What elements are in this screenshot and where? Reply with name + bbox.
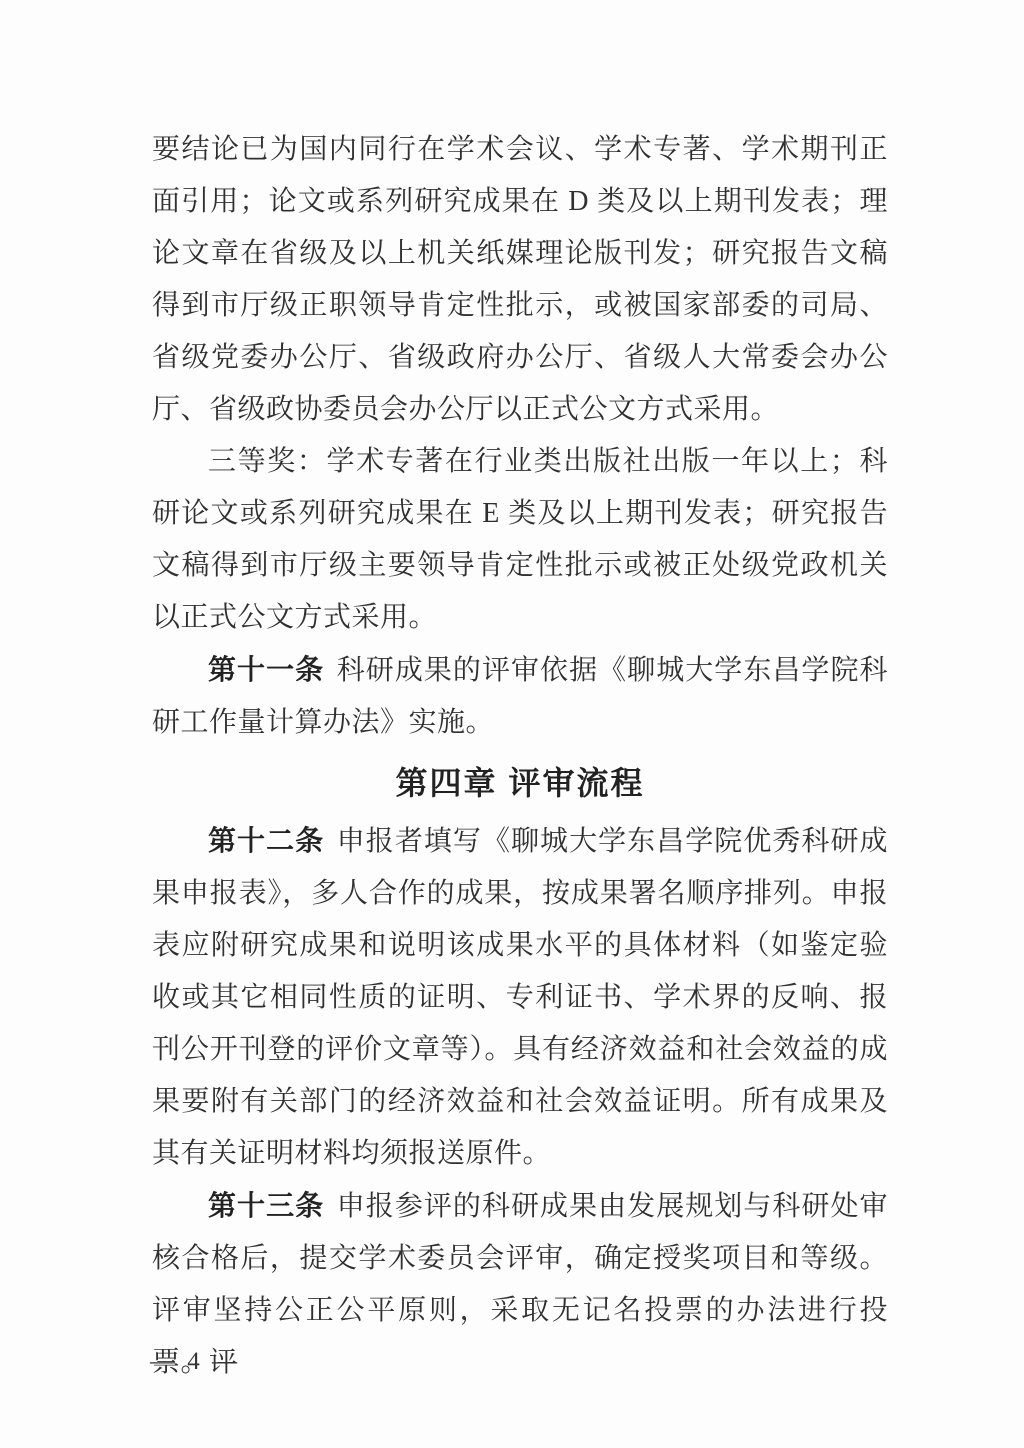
article-12-number-label: 第十二条 xyxy=(208,825,324,856)
document-page: 要结论已为国内同行在学术会议、学术专著、学术期刊正面引用；论文或系列研究成果在 … xyxy=(0,0,1024,1448)
chapter-heading: 第四章 评审流程 xyxy=(152,757,888,809)
paragraph-article-11: 第十一条科研成果的评审依据《聊城大学东昌学院科研工作量计算办法》实施。 xyxy=(152,644,888,749)
paragraph-article-13: 第十三条申报参评的科研成果由发展规划与科研处审核合格后，提交学术委员会评审，确定… xyxy=(152,1180,888,1389)
document-body: 要结论已为国内同行在学术会议、学术专著、学术期刊正面引用；论文或系列研究成果在 … xyxy=(152,124,888,1389)
paragraph-article-12: 第十二条申报者填写《聊城大学东昌学院优秀科研成果申报表》，多人合作的成果，按成果… xyxy=(152,815,888,1180)
article-13-number-label: 第十三条 xyxy=(208,1190,324,1221)
paragraph-continuation: 要结论已为国内同行在学术会议、学术专著、学术期刊正面引用；论文或系列研究成果在 … xyxy=(152,124,888,436)
paragraph-third-prize: 三等奖：学术专著在行业类出版社出版一年以上；科研论文或系列研究成果在 E 类及以… xyxy=(152,436,888,644)
article-12-text: 申报者填写《聊城大学东昌学院优秀科研成果申报表》，多人合作的成果，按成果署名顺序… xyxy=(152,826,888,1169)
article-11-number-label: 第十一条 xyxy=(208,654,324,685)
page-number: — 4 — xyxy=(150,1348,240,1376)
